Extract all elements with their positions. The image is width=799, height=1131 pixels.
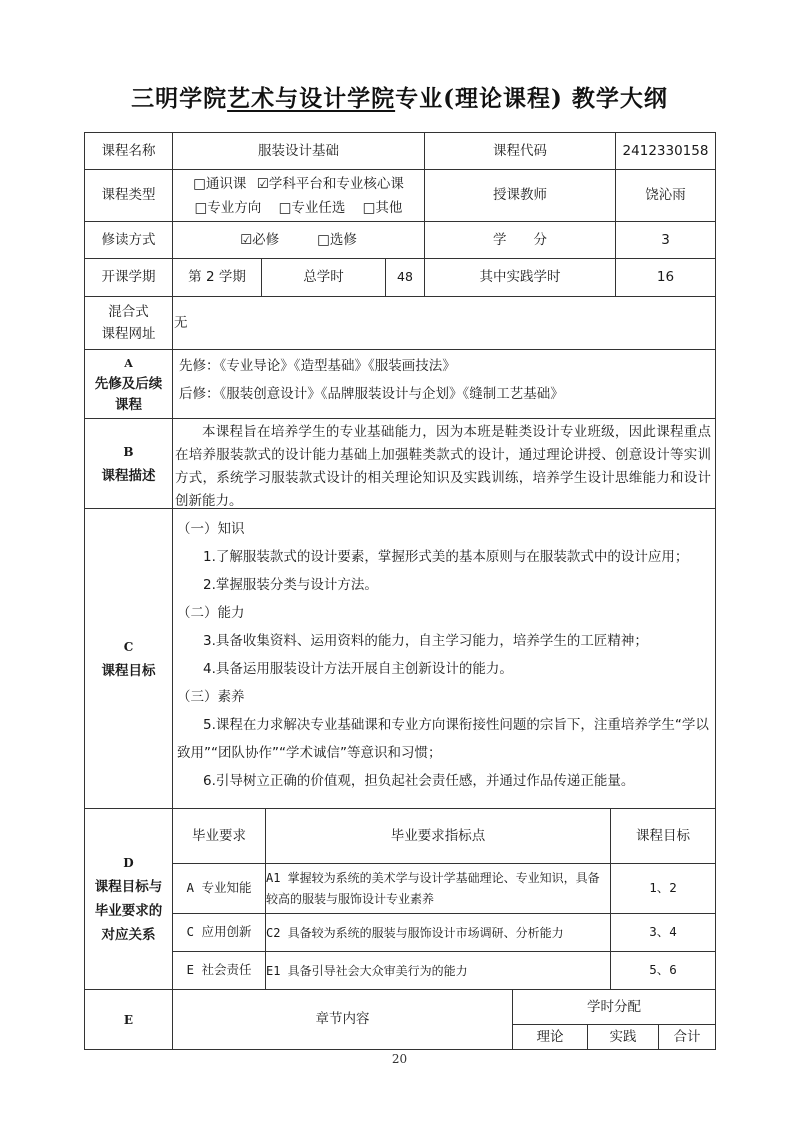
document-title: 三明学院艺术与设计学院专业(理论课程) 教学大纲: [0, 80, 799, 113]
course-name-value: 服装设计基础: [172, 132, 425, 170]
hours-allocation-header: 学时分配: [512, 989, 716, 1025]
hours-theory-header: 理论: [512, 1024, 588, 1050]
course-description: 本课程旨在培养学生的专业基础能力，因为本班是鞋类设计专业班级，因此课程重点在培养…: [172, 418, 716, 509]
title-prefix: 三明学院: [131, 85, 227, 112]
course-type-options: □通识课 ☑学科平台和专业核心课 □专业方向 □专业任选 □其他: [172, 169, 425, 222]
section-c-letter: C: [124, 635, 134, 659]
section-a-title-line1: 先修及后续: [95, 374, 163, 395]
section-d-label: D 课程目标与 毕业要求的 对应关系: [84, 808, 173, 990]
course-name-label: 课程名称: [84, 132, 173, 170]
mapping-header-requirement: 毕业要求: [172, 808, 266, 864]
teacher-label: 授课教师: [424, 169, 616, 222]
goal-group-literacy-heading: （三）素养: [177, 683, 709, 711]
section-d-letter: D: [123, 851, 133, 875]
section-b-title: 课程描述: [102, 464, 156, 488]
hybrid-url-label-line1: 混合式: [108, 301, 149, 323]
checkbox-other[interactable]: □其他: [363, 200, 403, 216]
checkbox-optional[interactable]: □选修: [317, 230, 357, 250]
section-b-letter: B: [123, 440, 133, 464]
section-d-title-line2: 毕业要求的: [95, 899, 163, 923]
hours-total-header: 合计: [658, 1024, 716, 1050]
section-d-title-line1: 课程目标与: [95, 875, 163, 899]
mapping-header-indicator: 毕业要求指标点: [265, 808, 611, 864]
semester-label: 开课学期: [84, 258, 173, 297]
hybrid-url-label: 混合式 课程网址: [84, 296, 173, 350]
mapping-header-goals: 课程目标: [610, 808, 716, 864]
chapter-content-header: 章节内容: [172, 989, 513, 1050]
course-goals: （一）知识 1.了解服装款式的设计要素，掌握形式美的基本原则与在服装款式中的设计…: [172, 508, 716, 809]
course-type-row-2: □专业方向 □专业任选 □其他: [192, 196, 406, 220]
hours-practice-header: 实践: [587, 1024, 659, 1050]
teacher-value: 饶沁雨: [615, 169, 716, 222]
semester-value: 第 2 学期: [172, 258, 262, 297]
mapping-goals: 3、4: [610, 913, 716, 952]
course-code-label: 课程代码: [424, 132, 616, 170]
hybrid-url-value: 无: [172, 296, 716, 350]
title-college: 艺术与设计学院: [227, 85, 395, 112]
prerequisite-courses: 先修：《专业导论》《造型基础》《服装画技法》: [179, 352, 456, 380]
mapping-goals: 5、6: [610, 951, 716, 990]
study-mode-options: ☑必修 □选修: [172, 221, 425, 259]
section-a-label: A 先修及后续 课程: [84, 349, 173, 419]
section-e-label: E: [84, 989, 173, 1050]
section-b-label: B 课程描述: [84, 418, 173, 509]
section-c-label: C 课程目标: [84, 508, 173, 809]
credit-value: 3: [615, 221, 716, 259]
title-suffix: 专业(理论课程) 教学大纲: [395, 85, 668, 112]
total-hours-label: 总学时: [261, 258, 386, 297]
follow-up-courses: 后修：《服装创意设计》《品牌服装设计与企划》《缝制工艺基础》: [179, 380, 564, 408]
goal-group-ability-heading: （二）能力: [177, 599, 709, 627]
section-a-content: 先修：《专业导论》《造型基础》《服装画技法》 后修：《服装创意设计》《品牌服装设…: [172, 349, 716, 419]
mapping-requirement: A 专业知能: [172, 863, 266, 914]
page-number: 20: [0, 1052, 799, 1066]
goal-item-4: 4.具备运用服装设计方法开展自主创新设计的能力。: [177, 655, 709, 683]
mapping-indicator: A1 掌握较为系统的美术学与设计学基础理论、专业知识，具备较高的服装与服饰设计专…: [265, 863, 611, 914]
mapping-goals: 1、2: [610, 863, 716, 914]
goal-item-1: 1.了解服装款式的设计要素，掌握形式美的基本原则与在服装款式中的设计应用；: [177, 543, 709, 571]
section-a-letter: A: [124, 353, 133, 374]
course-type-label: 课程类型: [84, 169, 173, 222]
checkbox-core[interactable]: ☑学科平台和专业核心课: [257, 176, 404, 192]
goal-item-2: 2.掌握服装分类与设计方法。: [177, 571, 709, 599]
section-c-title: 课程目标: [102, 659, 156, 683]
credit-label: 学 分: [424, 221, 616, 259]
practice-hours-label: 其中实践学时: [424, 258, 616, 297]
goal-group-knowledge-heading: （一）知识: [177, 515, 709, 543]
goal-item-5: 5.课程在力求解决专业基础课和专业方向课衔接性问题的宗旨下，注重培养学生“学以致…: [177, 711, 709, 767]
section-a-title-line2: 课程: [115, 395, 142, 416]
goal-item-6: 6.引导树立正确的价值观，担负起社会责任感，并通过作品传递正能量。: [177, 767, 709, 795]
hybrid-url-label-line2: 课程网址: [102, 323, 156, 345]
course-type-row-1: □通识课 ☑学科平台和专业核心课: [190, 172, 407, 196]
practice-hours-value: 16: [615, 258, 716, 297]
course-code-value: 2412330158: [615, 132, 716, 170]
checkbox-general[interactable]: □通识课: [193, 176, 246, 192]
total-hours-value: 48: [385, 258, 425, 297]
checkbox-elective[interactable]: □专业任选: [279, 200, 346, 216]
checkbox-required[interactable]: ☑必修: [240, 230, 279, 250]
study-mode-label: 修读方式: [84, 221, 173, 259]
goal-item-3: 3.具备收集资料、运用资料的能力，自主学习能力，培养学生的工匠精神；: [177, 627, 709, 655]
checkbox-direction[interactable]: □专业方向: [195, 200, 262, 216]
mapping-requirement: C 应用创新: [172, 913, 266, 952]
mapping-indicator: E1 具备引导社会大众审美行为的能力: [265, 951, 611, 990]
section-d-title-line3: 对应关系: [102, 923, 156, 947]
mapping-requirement: E 社会责任: [172, 951, 266, 990]
mapping-indicator: C2 具备较为系统的服装与服饰设计市场调研、分析能力: [265, 913, 611, 952]
